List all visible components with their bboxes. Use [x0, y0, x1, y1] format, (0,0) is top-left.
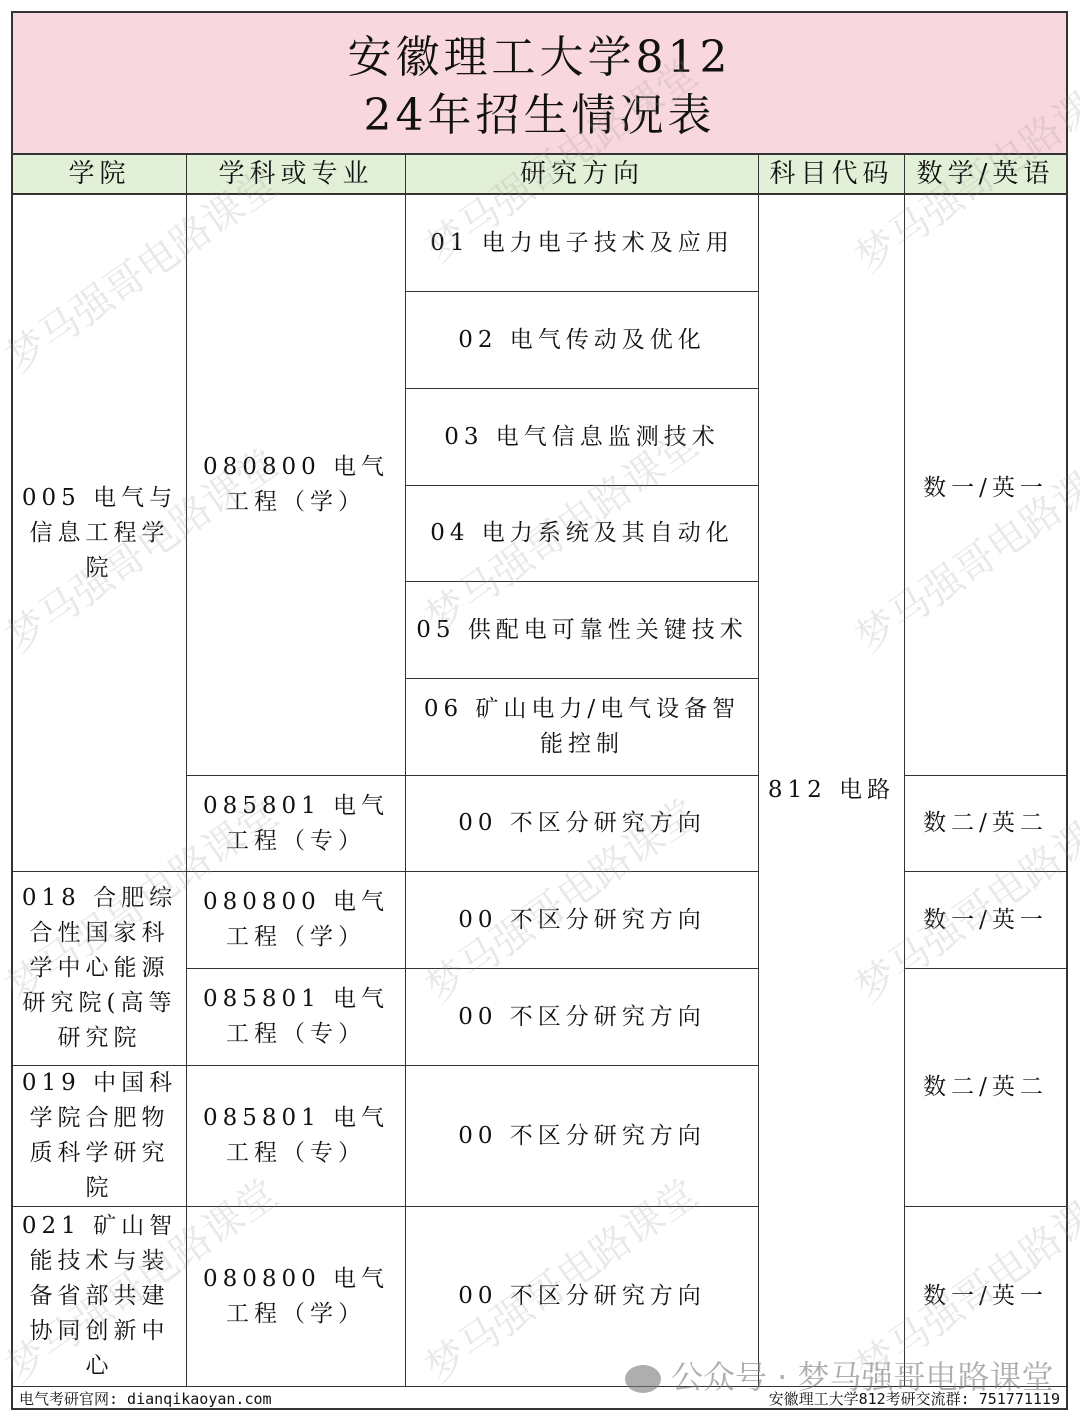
header-math-english: 数学/英语 — [905, 155, 1066, 195]
header-direction: 研究方向 — [406, 155, 759, 195]
math-english-cell: 数二/英二 — [905, 969, 1066, 1207]
table-title: 安徽理工大学812 24年招生情况表 — [13, 13, 1066, 155]
header-subject-code: 科目代码 — [759, 155, 905, 195]
admission-table: 安徽理工大学812 24年招生情况表 学院 学科或专业 研究方向 科目代码 数学… — [11, 11, 1068, 1410]
direction-cell: 04 电力系统及其自动化 — [406, 486, 759, 582]
major-cell: 085801 电气工程（专） — [187, 776, 406, 872]
math-english-cell: 数一/英一 — [905, 195, 1066, 776]
direction-cell: 00 不区分研究方向 — [406, 1066, 759, 1207]
direction-cell: 01 电力电子技术及应用 — [406, 195, 759, 292]
math-english-cell: 数二/英二 — [905, 776, 1066, 872]
direction-cell: 02 电气传动及优化 — [406, 292, 759, 389]
major-cell: 085801 电气工程（专） — [187, 969, 406, 1066]
direction-cell: 00 不区分研究方向 — [406, 776, 759, 872]
wechat-icon — [625, 1365, 661, 1393]
college-cell: 018 合肥综合性国家科学中心能源研究院(高等研究院 — [13, 872, 187, 1066]
direction-cell: 03 电气信息监测技术 — [406, 389, 759, 486]
major-cell: 080800 电气工程（学） — [187, 872, 406, 969]
footer-website: 电气考研官网: dianqikaoyan.com — [19, 1388, 272, 1409]
header-major: 学科或专业 — [187, 155, 406, 195]
wechat-watermark-text: 公众号 · 梦马强哥电路课堂 — [671, 1358, 1054, 1396]
wechat-watermark: 公众号 · 梦马强哥电路课堂 — [625, 1352, 1054, 1398]
college-cell: 005 电气与信息工程学院 — [13, 195, 187, 872]
major-cell: 080800 电气工程（学） — [187, 195, 406, 776]
major-cell: 080800 电气工程（学） — [187, 1207, 406, 1387]
subject-code-cell: 812 电路 — [759, 195, 905, 1387]
direction-cell: 06 矿山电力/电气设备智能控制 — [406, 679, 759, 776]
direction-cell: 00 不区分研究方向 — [406, 969, 759, 1066]
direction-cell: 05 供配电可靠性关键技术 — [406, 582, 759, 679]
math-english-cell: 数一/英一 — [905, 872, 1066, 969]
direction-cell: 00 不区分研究方向 — [406, 872, 759, 969]
college-cell: 019 中国科学院合肥物质科学研究院 — [13, 1066, 187, 1207]
college-cell: 021 矿山智能技术与装备省部共建协同创新中心 — [13, 1207, 187, 1387]
title-line-2: 24年招生情况表 — [13, 87, 1066, 145]
header-college: 学院 — [13, 155, 187, 195]
major-cell: 085801 电气工程（专） — [187, 1066, 406, 1207]
title-line-1: 安徽理工大学812 — [13, 29, 1066, 87]
